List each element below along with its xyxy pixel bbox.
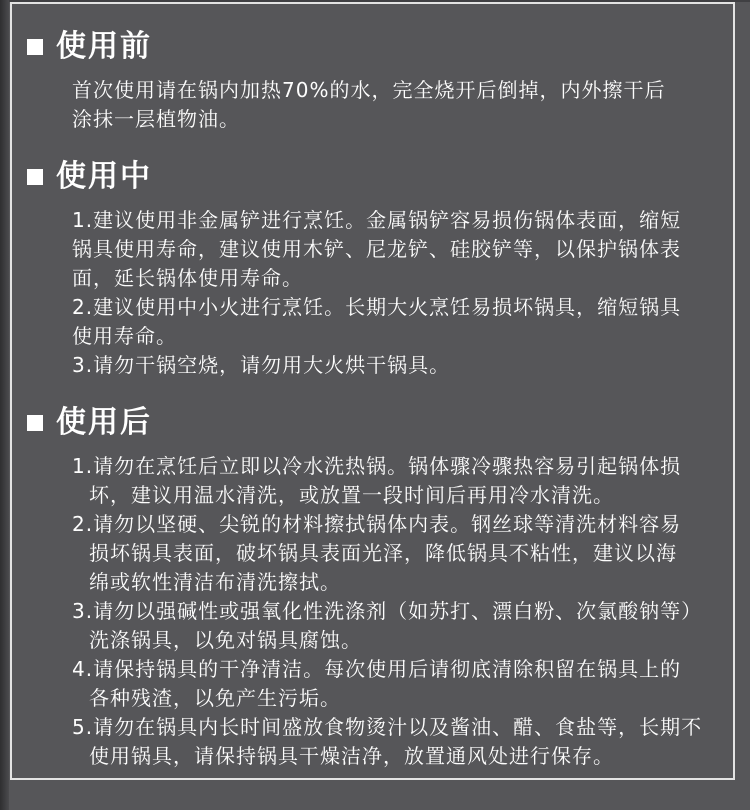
section-items: 1.建议使用非金属铲进行烹饪。金属锅铲容易损伤锅体表面，缩短 锅具使用寿命，建议… xyxy=(27,206,715,380)
section-items: 首次使用请在锅内加热70%的水，完全烧开后倒掉，内外擦干后 涂抹一层植物油。 xyxy=(27,76,715,134)
left-edge-shadow xyxy=(0,0,9,810)
bullet-square-icon xyxy=(27,415,43,431)
section-heading: 使用后 xyxy=(27,404,715,442)
section-after-use: 使用后1.请勿在烹饪后立即以冷水洗热锅。锅体骤冷骤热容易引起锅体损 坏，建议用温… xyxy=(27,404,715,771)
section-during-use: 使用中1.建议使用非金属铲进行烹饪。金属锅铲容易损伤锅体表面，缩短 锅具使用寿命… xyxy=(27,158,715,380)
section-title-text: 使用中 xyxy=(56,158,152,196)
instruction-text: 1.请勿在烹饪后立即以冷水洗热锅。锅体骤冷骤热容易引起锅体损 坏，建议用温水清洗… xyxy=(72,452,710,510)
instruction-text: 3.请勿以强碱性或强氧化性洗涤剂（如苏打、漂白粉、次氯酸钠等） 洗涤锅具，以免对… xyxy=(72,597,710,655)
instruction-text: 3.请勿干锅空烧，请勿用大火烘干锅具。 xyxy=(72,351,710,380)
instruction-text: 4.请保持锅具的干净清洁。每次使用后请彻底清除积留在锅具上的 各种残渣，以免产生… xyxy=(72,655,710,713)
section-before-use: 使用前首次使用请在锅内加热70%的水，完全烧开后倒掉，内外擦干后 涂抹一层植物油… xyxy=(27,28,715,134)
instruction-text: 2.建议使用中小火进行烹饪。长期大火烹饪易损坏锅具，缩短锅具 使用寿命。 xyxy=(72,293,710,351)
instruction-text: 1.建议使用非金属铲进行烹饪。金属锅铲容易损伤锅体表面，缩短 锅具使用寿命，建议… xyxy=(72,206,710,293)
section-title-text: 使用后 xyxy=(56,404,152,442)
instruction-text: 5.请勿在锅具内长时间盛放食物烫汁以及酱油、醋、食盐等，长期不 使用锅具，请保持… xyxy=(72,713,710,771)
section-heading: 使用前 xyxy=(27,28,715,66)
section-items: 1.请勿在烹饪后立即以冷水洗热锅。锅体骤冷骤热容易引起锅体损 坏，建议用温水清洗… xyxy=(27,452,715,771)
instruction-text: 首次使用请在锅内加热70%的水，完全烧开后倒掉，内外擦干后 涂抹一层植物油。 xyxy=(72,76,710,134)
section-heading: 使用中 xyxy=(27,158,715,196)
bullet-square-icon xyxy=(27,169,43,185)
sections-container: 使用前首次使用请在锅内加热70%的水，完全烧开后倒掉，内外擦干后 涂抹一层植物油… xyxy=(12,4,733,771)
section-title-text: 使用前 xyxy=(56,28,152,66)
bullet-square-icon xyxy=(27,39,43,55)
instructions-panel: 使用前首次使用请在锅内加热70%的水，完全烧开后倒掉，内外擦干后 涂抹一层植物油… xyxy=(10,2,735,780)
instruction-text: 2.请勿以坚硬、尖锐的材料擦拭锅体内表。钢丝球等清洗材料容易 损坏锅具表面，破坏… xyxy=(72,510,710,597)
